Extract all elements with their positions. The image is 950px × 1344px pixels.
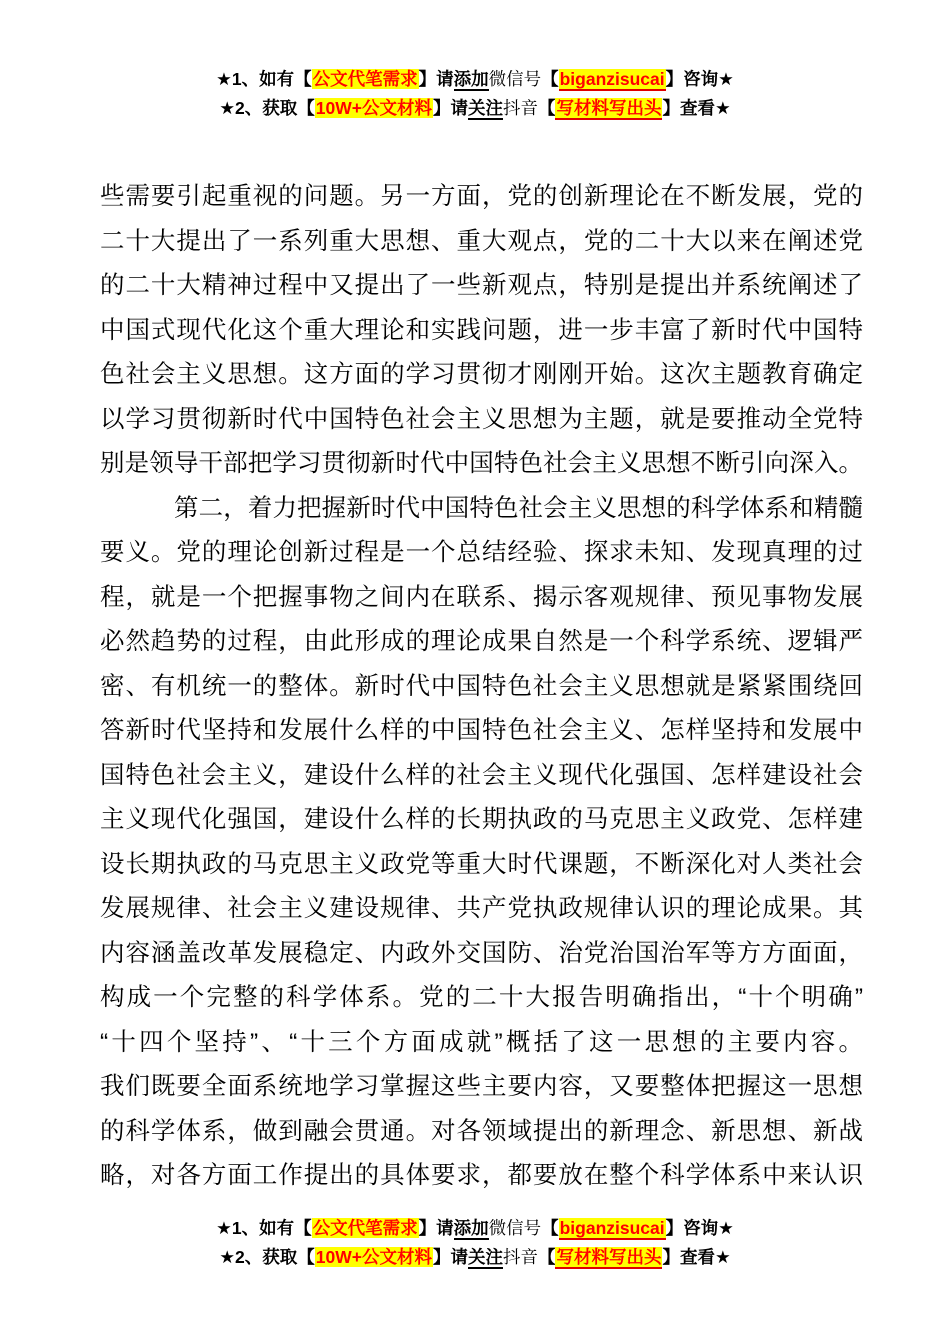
banner-text: ★2、获取【 <box>219 98 314 118</box>
banner-text: 】查看★ <box>662 98 730 118</box>
body-text-line: 些需要引起重视的问题。另一方面，党的创新理论在不断发展，党的 <box>100 175 863 220</box>
body-text-line: 答新时代坚持和发展什么样的中国特色社会主义、怎样坚持和发展中 <box>100 709 863 754</box>
paragraph: 第二，着力把握新时代中国特色社会主义思想的科学体系和精髓要义。党的理论创新过程是… <box>100 487 863 1199</box>
highlighted-text: 10W+公文材料 <box>315 1247 433 1267</box>
banner-text: ★1、如有【 <box>216 69 311 89</box>
underlined-text: 添加 <box>454 1218 489 1240</box>
body-text-line: 色社会主义思想。这方面的学习贯彻才刚刚开始。这次主题教育确定 <box>100 353 863 398</box>
body-text-line: 构成一个完整的科学体系。党的二十大报告明确指出，“十个明确” <box>100 976 863 1021</box>
body-text-line: 的二十大精神过程中又提出了一些新观点，特别是提出并系统阐述了 <box>100 264 863 309</box>
body-text-line: 的科学体系，做到融会贯通。对各领域提出的新理念、新思想、新战 <box>100 1110 863 1155</box>
footer-promo-banner: ★1、如有【公文代笔需求】请添加微信号【biganzisucai】咨询★★2、获… <box>0 1214 950 1272</box>
banner-text: 【 <box>541 1218 559 1238</box>
body-text-line: 二十大提出了一系列重大思想、重大观点，党的二十大以来在阐述党 <box>100 220 863 265</box>
banner-text: 】查看★ <box>662 1247 730 1267</box>
highlighted-text: 公文代笔需求 <box>312 1218 419 1238</box>
underlined-text: 添加 <box>454 69 489 91</box>
banner-text: 微信号 <box>489 1218 542 1238</box>
highlighted-text: biganzisucai <box>559 1218 666 1240</box>
document-page: ★1、如有【公文代笔需求】请添加微信号【biganzisucai】咨询★★2、获… <box>0 0 950 1344</box>
banner-text: 】请 <box>433 98 468 118</box>
body-text-line: “十四个坚持”、“十三个方面成就”概括了这一思想的主要内容。 <box>100 1021 863 1066</box>
body-text-line: 内容涵盖改革发展稳定、内政外交国防、治党治国治军等方方面面， <box>100 932 863 977</box>
body-text-line: 必然趋势的过程，由此形成的理论成果自然是一个科学系统、逻辑严 <box>100 620 863 665</box>
banner-text: 【 <box>538 1247 556 1267</box>
body-text-line: 我们既要全面系统地学习掌握这些主要内容，又要整体把握这一思想 <box>100 1065 863 1110</box>
body-text-line: 程，就是一个把握事物之间内在联系、揭示客观规律、预见事物发展 <box>100 576 863 621</box>
body-text-line: 略，对各方面工作提出的具体要求，都要放在整个科学体系中来认识 <box>100 1154 863 1199</box>
banner-text: 】咨询★ <box>666 1218 734 1238</box>
banner-text: 】咨询★ <box>666 69 734 89</box>
banner-text: 】请 <box>419 69 454 89</box>
paragraph: 些需要引起重视的问题。另一方面，党的创新理论在不断发展，党的二十大提出了一系列重… <box>100 175 863 487</box>
highlighted-text: 写材料写出头 <box>555 1247 662 1269</box>
highlighted-text: 公文代笔需求 <box>312 69 419 89</box>
banner-line: ★1、如有【公文代笔需求】请添加微信号【biganzisucai】咨询★ <box>0 65 950 94</box>
banner-text: 】请 <box>419 1218 454 1238</box>
body-text-line: 以学习贯彻新时代中国特色社会主义思想为主题，就是要推动全党特 <box>100 398 863 443</box>
underlined-text: 关注 <box>468 98 503 120</box>
underlined-text: 关注 <box>468 1247 503 1269</box>
header-promo-banner: ★1、如有【公文代笔需求】请添加微信号【biganzisucai】咨询★★2、获… <box>0 65 950 123</box>
highlighted-text: 写材料写出头 <box>555 98 662 120</box>
body-text-line: 别是领导干部把学习贯彻新时代中国特色社会主义思想不断引向深入。 <box>100 442 863 487</box>
highlighted-text: biganzisucai <box>559 69 666 91</box>
banner-text: 抖音 <box>503 98 538 118</box>
banner-text: 抖音 <box>503 1247 538 1267</box>
body-text-line: 第二，着力把握新时代中国特色社会主义思想的科学体系和精髓 <box>100 487 863 532</box>
body-text-line: 设长期执政的马克思主义政党等重大时代课题，不断深化对人类社会 <box>100 843 863 888</box>
body-text-line: 密、有机统一的整体。新时代中国特色社会主义思想就是紧紧围绕回 <box>100 665 863 710</box>
document-body: 些需要引起重视的问题。另一方面，党的创新理论在不断发展，党的二十大提出了一系列重… <box>100 175 863 1199</box>
banner-line: ★1、如有【公文代笔需求】请添加微信号【biganzisucai】咨询★ <box>0 1214 950 1243</box>
body-text-line: 中国式现代化这个重大理论和实践问题，进一步丰富了新时代中国特 <box>100 309 863 354</box>
body-text-line: 国特色社会主义，建设什么样的社会主义现代化强国、怎样建设社会 <box>100 754 863 799</box>
highlighted-text: 10W+公文材料 <box>315 98 433 118</box>
banner-text: 【 <box>541 69 559 89</box>
banner-text: 】请 <box>433 1247 468 1267</box>
banner-text: 微信号 <box>489 69 542 89</box>
body-text-line: 要义。党的理论创新过程是一个总结经验、探求未知、发现真理的过 <box>100 531 863 576</box>
body-text-line: 主义现代化强国，建设什么样的长期执政的马克思主义政党、怎样建 <box>100 798 863 843</box>
banner-text: 【 <box>538 98 556 118</box>
banner-line: ★2、获取【10W+公文材料】请关注抖音【写材料写出头】查看★ <box>0 1243 950 1272</box>
banner-line: ★2、获取【10W+公文材料】请关注抖音【写材料写出头】查看★ <box>0 94 950 123</box>
banner-text: ★2、获取【 <box>219 1247 314 1267</box>
body-text-line: 发展规律、社会主义建设规律、共产党执政规律认识的理论成果。其 <box>100 887 863 932</box>
banner-text: ★1、如有【 <box>216 1218 311 1238</box>
